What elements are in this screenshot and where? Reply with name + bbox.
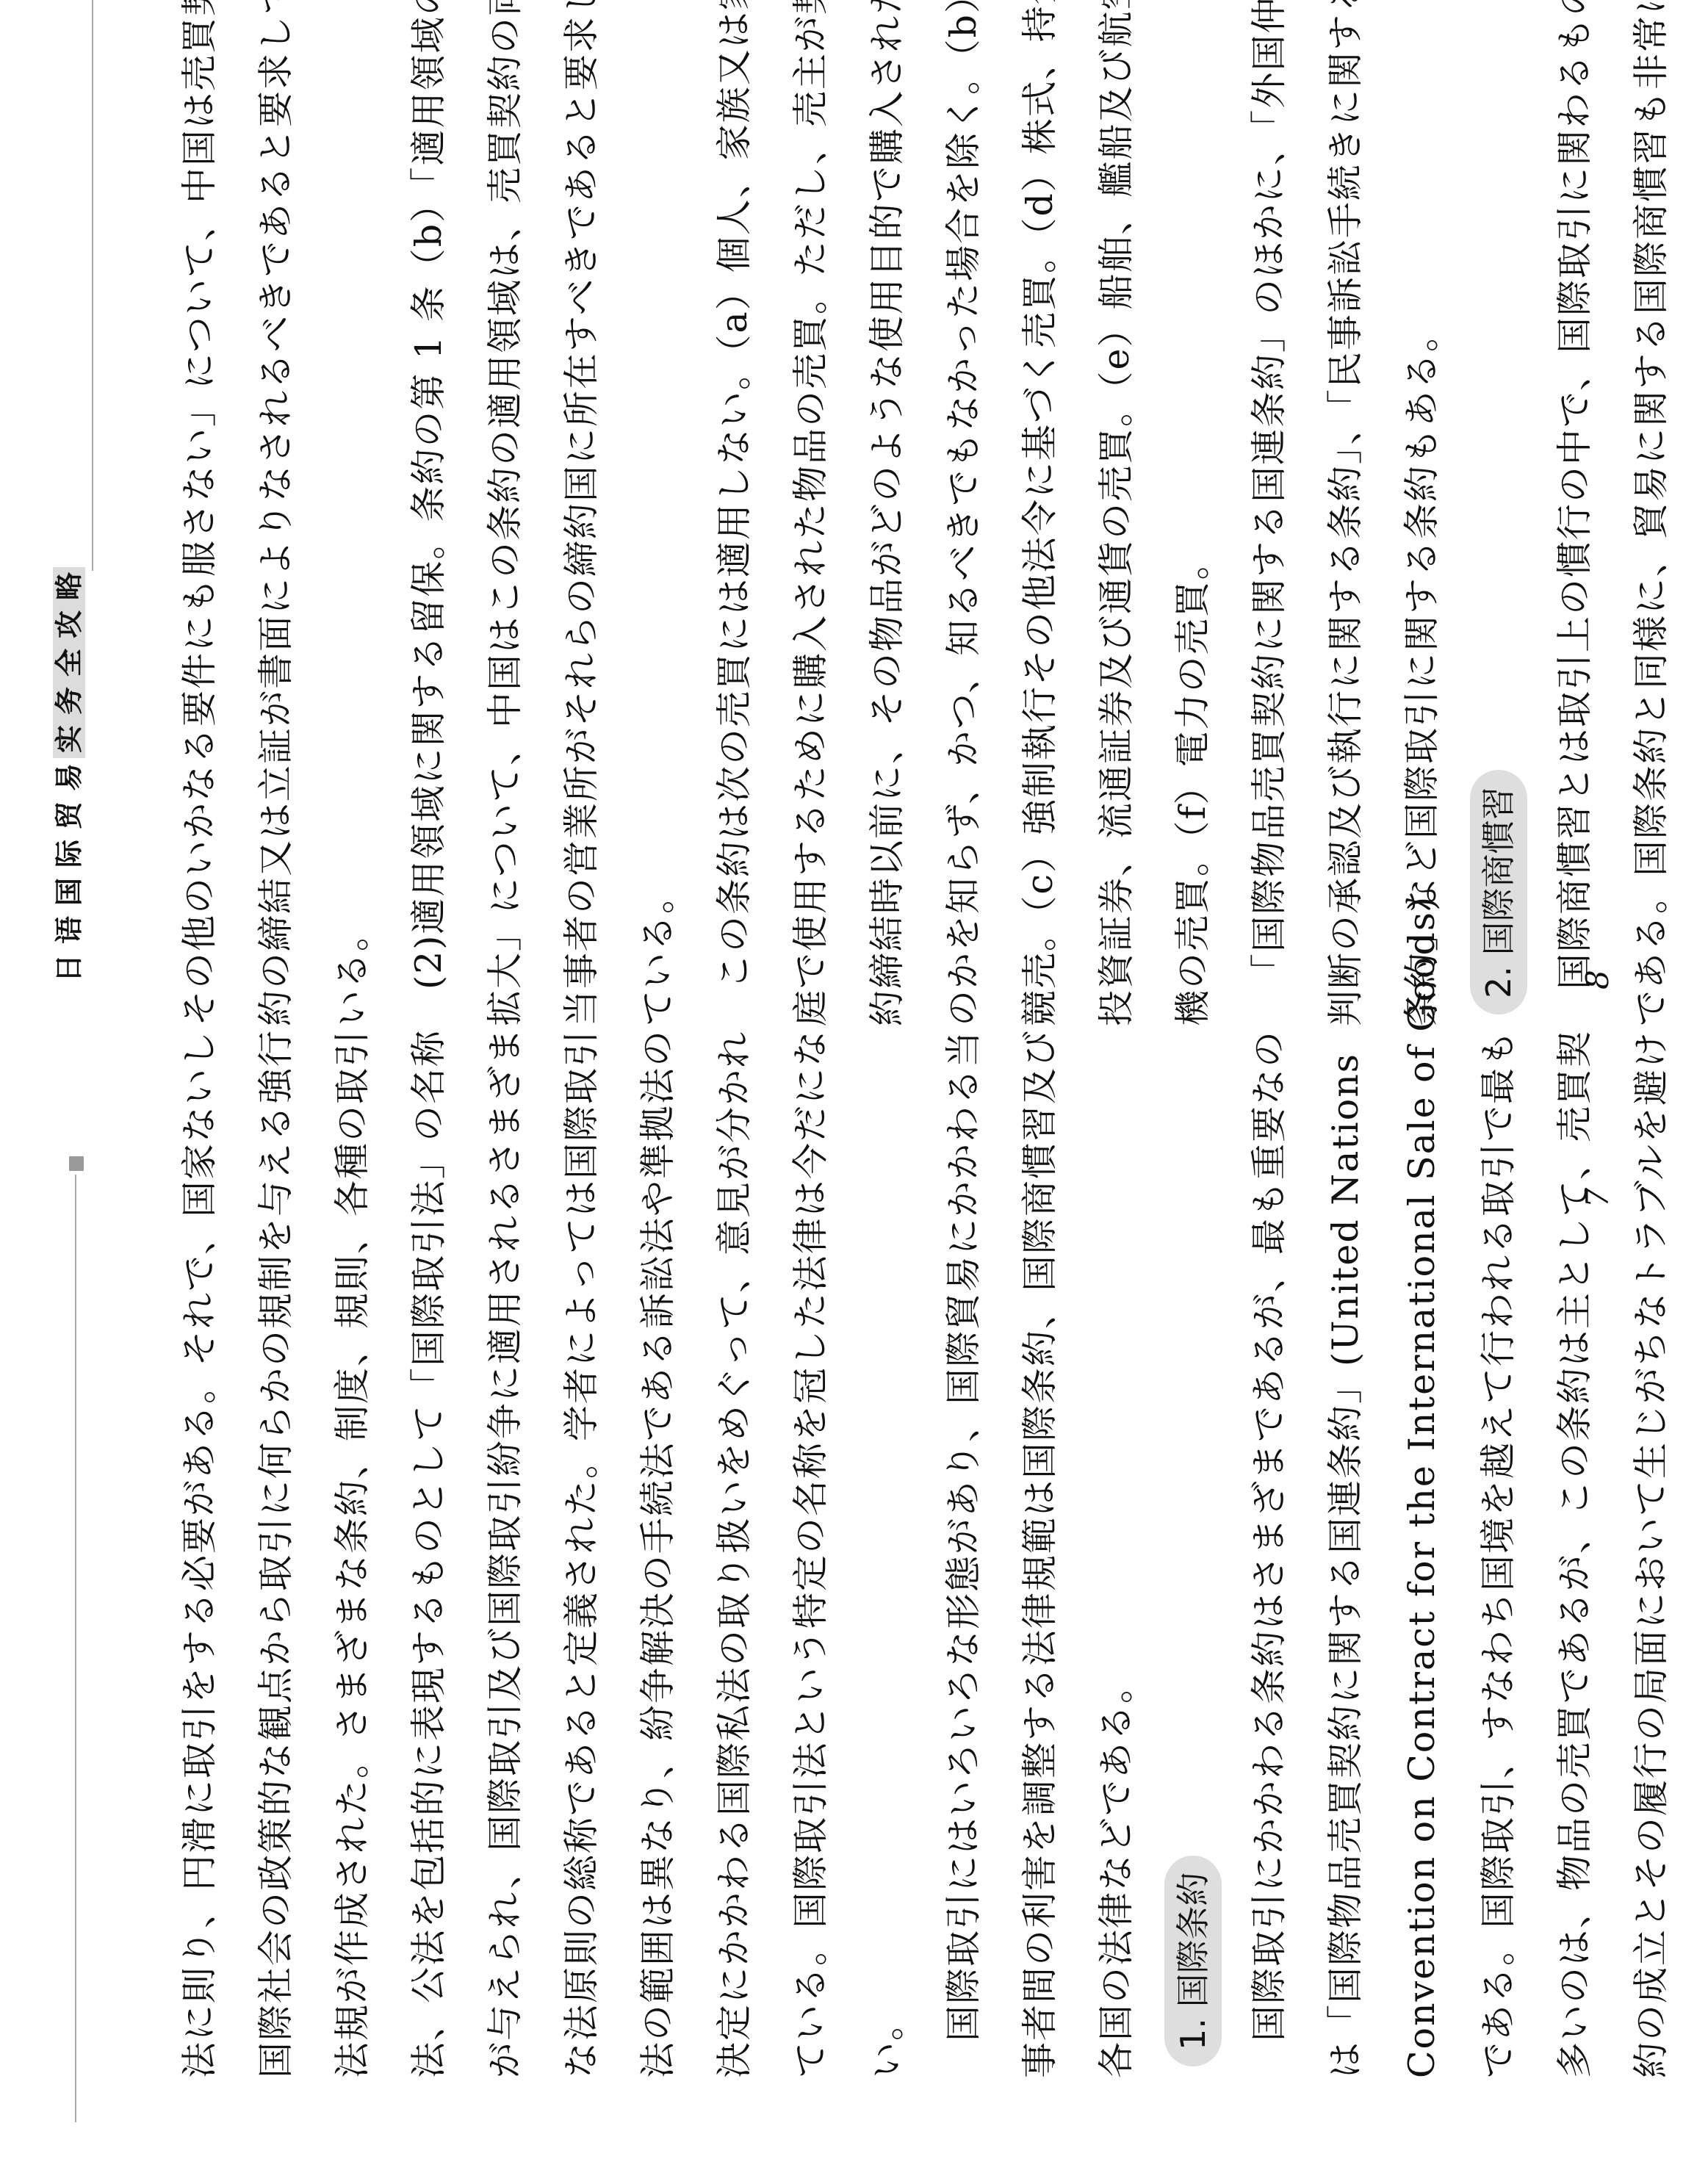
text-line: (2)適用領域に関する留保。条約の第 1 条（b）「適用領域の: [391, 0, 467, 1026]
header-char: 略: [53, 567, 85, 605]
text-line: 当事者の営業所がそれらの締約国に所在すべきであると要求し: [544, 0, 620, 1026]
page-8-body: その他のいかなる要件にも服さない」について、中国は売買契 約の締結又は立証が書面…: [162, 0, 1708, 1026]
header-char: 务: [53, 682, 85, 720]
text-line: ている。: [620, 0, 696, 1026]
header-char: 实: [53, 720, 85, 758]
text-line: 機の売買。（f）電力の売買。: [1155, 0, 1231, 1026]
section-heading-2: 2. 国際商慣習: [1470, 770, 1527, 1014]
text-line: 多い。その中で、よく使用されるのは、次のようなものである。: [1690, 0, 1708, 1026]
header-char: 日: [53, 949, 85, 987]
page-number: 8: [1579, 970, 1615, 990]
header-square-marker-icon: [69, 1156, 84, 1171]
text-line: 条約」など国際取引に関する条約もある。: [1384, 0, 1460, 1026]
page-8: 日 语 国 际 贸 易 实 务 全 攻 略 その他のいかなる要件にも服さない」に…: [0, 0, 1708, 1085]
header-char: 易: [53, 758, 85, 796]
text-line: である。国際条約と同様に、貿易に関する国際商慣習も非常に: [1613, 0, 1690, 1026]
text-line: 拡大」について、中国はこの条約の適用領域は、売買契約の両: [467, 0, 544, 1026]
text-line: 約締結時以前に、その物品がどのような使用目的で購入された: [849, 0, 926, 1026]
text-line: 国際商慣習とは取引上の慣行の中で、国際取引に関わるもの: [1537, 0, 1613, 1026]
section-heading-1: 1. 国際条約: [1164, 1856, 1222, 2066]
text-line: 約の締結又は立証が書面によりなされるべきであると要求して: [238, 0, 314, 1026]
text-line: 庭で使用するために購入された物品の売買。ただし、売主が契: [773, 0, 849, 1026]
header-char: 攻: [53, 605, 85, 644]
header-char: 语: [53, 911, 85, 949]
text-line: その他のいかなる要件にも服さない」について、中国は売買契: [162, 0, 238, 1026]
header-char: 全: [53, 644, 85, 682]
header-char: 贸: [53, 796, 85, 835]
book-spread: 法に則り、円滑に取引をする必要がある。それで、国家ないし 国際社会の政策的な観点…: [0, 0, 1708, 2170]
text-line: 投資証券、流通証券及び通貨の売買。（e）船舶、艦船及び航空: [1078, 0, 1155, 1026]
page-7: 法に則り、円滑に取引をする必要がある。それで、国家ないし 国際社会の政策的な観点…: [0, 1085, 1708, 2170]
header-rule: [75, 1175, 76, 2122]
running-header: 日 语 国 际 贸 易 实 务 全 攻 略: [53, 567, 85, 987]
text-line: 競売。（c）強制執行その他法令に基づく売買。（d）株式、持分、: [1002, 0, 1078, 1026]
header-char: 国: [53, 873, 85, 911]
page-number: 7: [1579, 1188, 1615, 1208]
text-line: のかを知らず、かつ、知るべきでもなかった場合を除く。（b）: [926, 0, 1002, 1026]
text-line: 「国際物品売買契約に関する国連条約」のほかに、「外国仲裁: [1231, 0, 1308, 1026]
text-line: 判断の承認及び執行に関する条約」、「民事訴訟手続きに関する: [1308, 0, 1384, 1026]
text-line: いる。: [314, 0, 391, 1026]
header-char: 际: [53, 835, 85, 873]
header-rule: [92, 0, 93, 571]
text-line: この条約は次の売買には適用しない。（a）個人、家族又は家: [696, 0, 773, 1026]
